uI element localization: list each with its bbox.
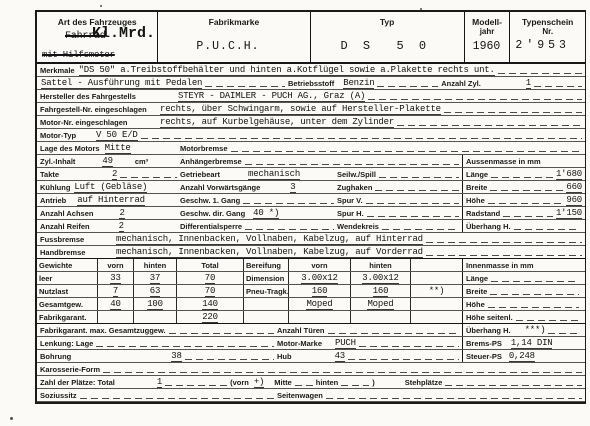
row-gesamtgew: Gesamtgew. 40 100 140 Moped Moped Höhe	[37, 298, 585, 311]
zyl-inhalt-label: Zyl.-Inhalt	[40, 157, 75, 166]
differentialsperre-label: Differentialsperre	[180, 222, 242, 231]
fill-line	[165, 385, 227, 386]
row-antrieb: Antrieb auf Hinterrad Geschw. 1. Gang Sp…	[37, 194, 585, 207]
gesamtgew-total-value: 140	[202, 299, 218, 310]
sattel-value: Sattel - Ausführung mit Pedalen	[41, 78, 202, 89]
radstand-value: 1'150	[556, 208, 582, 219]
fill-line	[341, 385, 369, 386]
fill-line	[426, 242, 582, 243]
anhaengerbremse-label: Anhängerbremse	[180, 157, 242, 166]
gewichte-label: Gewichte	[39, 261, 72, 270]
struck-mit-hilfsmotor: mit Hilfsmotor	[42, 50, 115, 60]
dimension-vorn-value: 3.00x12	[301, 273, 337, 284]
fill-line	[488, 203, 564, 204]
anzahl-reifen-value: 2	[119, 221, 124, 232]
fill-line	[185, 359, 274, 360]
vorn-col-label: vorn	[107, 261, 123, 270]
aussenmasse-header: Aussenmasse in mm	[466, 157, 541, 166]
row-handbremse: Handbremse mechanisch, Innenbacken, Voll…	[37, 246, 585, 259]
row-sattel: Sattel - Ausführung mit Pedalen Betriebs…	[37, 77, 585, 90]
kuehlung-value: Luft (Gebläse)	[74, 182, 147, 193]
fill-line	[490, 190, 563, 191]
row-zyl-inhalt: Zyl.-Inhalt 49 cm³ Anhängerbremse Aussen…	[37, 155, 585, 168]
moped-hinten-value: Moped	[367, 299, 393, 310]
laenge-value: 1'680	[556, 169, 582, 180]
fill-line	[169, 333, 274, 334]
nutzlast-label: Nutzlast	[39, 287, 68, 296]
merkmale-value: "DS 50" a.Treibstoffbehälter und hinten …	[79, 65, 495, 76]
nutzlast-hinten-value: 63	[150, 286, 160, 297]
fill-line	[444, 112, 582, 113]
fill-line	[490, 294, 579, 295]
modelljahr-value: 1960	[473, 40, 501, 53]
row-leer-dimension: leer 33 37 70 Dimension 3.00x12 3.00x12 …	[37, 272, 585, 285]
leer-label: leer	[39, 274, 52, 283]
row-gesamtzuggew: Fabrikgarant. max. Gesamtzuggew. Anzahl …	[37, 324, 585, 337]
betriebsstoff-value: Benzin	[343, 78, 374, 89]
seilw-spill-label: Seilw./Spill	[337, 170, 376, 179]
fill-line	[534, 86, 582, 87]
fill-line	[243, 203, 334, 204]
fill-line	[498, 73, 582, 74]
vorwaertsgaenge-label: Anzahl Vorwärtsgänge	[180, 183, 260, 192]
lenkung-lage-label: Lenkung: Lage	[40, 339, 93, 348]
gesamtgew-hinten-value: 100	[147, 299, 163, 310]
hoehe-label: Höhe	[466, 196, 485, 205]
fussbremse-label: Fussbremse	[40, 235, 84, 244]
vorwaertsgaenge-value: 3	[290, 182, 295, 193]
header-cell-typenschein: Typenschein Nr. 2'953	[510, 12, 585, 62]
fill-line	[488, 307, 579, 308]
row-weights-header: Gewichte vorn hinten Total Bereifung vor…	[37, 259, 585, 272]
row-bohrung: Bohrung 38 Hub 43 Steuer-PS 0,248	[37, 350, 585, 363]
art-value: Kl.Mrd.	[92, 25, 155, 42]
fill-line	[514, 229, 579, 230]
ueberhang-h-label-2: Überhang H.	[466, 326, 511, 335]
fussbremse-value: mechanisch, Innenbacken, Vollnaben, Kabe…	[116, 234, 423, 245]
handbremse-label: Handbremse	[40, 248, 85, 257]
header-cell-typ: Typ D S 5 0	[311, 12, 465, 62]
fill-line	[245, 229, 334, 230]
leer-vorn-value: 33	[110, 273, 120, 284]
handbremse-value: mechanisch, Innenbacken, Vollnaben, Kabe…	[116, 247, 423, 258]
spur-h-label: Spur H.	[337, 209, 364, 218]
scan-speck	[10, 417, 13, 420]
header-cell-modelljahr: Modell- jahr 1960	[465, 12, 511, 62]
bereifung-label: Bereifung	[246, 261, 281, 270]
leer-total-value: 70	[205, 273, 215, 284]
anzahl-zyl-value: 1	[526, 78, 531, 89]
gesamtzuggew-label: Fabrikgarant. max. Gesamtzuggew.	[40, 326, 166, 335]
ueberhang-h-note: ***)	[525, 325, 546, 335]
scan-speck	[100, 5, 102, 7]
hersteller-value: STEYR - DAIMLER - PUCH AG., Graz (A)	[178, 91, 365, 102]
antrieb-value: auf Hinterrad	[77, 195, 145, 206]
steuer-ps-value: 0,248	[509, 351, 535, 362]
modelljahr-label-2: jahr	[465, 27, 510, 36]
fill-line	[80, 398, 274, 399]
innen-hoehe-label: Höhe	[466, 300, 485, 309]
pneu-tragk-label: Pneu-Tragk.	[246, 287, 289, 296]
anzahl-reifen-label: Anzahl Reifen	[40, 222, 90, 231]
zughaken-label: Zughaken	[337, 183, 372, 192]
fill-line	[367, 216, 459, 217]
geschw-dir-gang-label: Geschw. dir. Gang	[180, 209, 245, 218]
fill-line	[326, 398, 582, 399]
motor-typ-value: V 50 E/D	[96, 130, 138, 141]
fill-line	[491, 281, 579, 282]
fill-line	[120, 177, 177, 178]
motor-nr-label: Motor-Nr. eingeschlagen	[40, 118, 128, 127]
laenge-label: Länge	[466, 170, 488, 179]
row-fahrgestell-nr: Fahrgestell-Nr. eingeschlagen rechts, üb…	[37, 103, 585, 116]
fahrgestell-nr-value: rechts, über Schwingarm, sowie auf Herst…	[160, 104, 441, 115]
fill-line	[366, 203, 459, 204]
fabrikmarke-label: Fabrikmarke	[158, 12, 309, 27]
takte-value: 2	[112, 169, 117, 180]
fill-line	[548, 333, 579, 334]
row-reifen: Anzahl Reifen 2 Differentialsperre Wende…	[37, 220, 585, 233]
plaetze-vorn-value: +)	[254, 377, 264, 388]
motor-nr-value: rechts, auf Kurbelgehäuse, unter dem Zyl…	[160, 117, 394, 128]
fabrikmarke-value: P.U.C.H.	[196, 40, 259, 53]
hoehe-seitenl-label: Höhe seitenl.	[466, 313, 513, 322]
cm3-unit-label: cm³	[135, 157, 148, 166]
soziussitz-label: Soziussitz	[40, 391, 77, 400]
typenschein-document: Art des Fahrzeuges Fahrrad Kl.Mrd. mit H…	[0, 0, 590, 426]
anzahl-achsen-label: Anzahl Achsen	[40, 209, 93, 218]
leer-hinten-value: 37	[150, 273, 160, 284]
row-lenkung: Lenkung: Lage Motor-Marke PUCH Brems-PS …	[37, 337, 585, 350]
scan-speck	[420, 8, 422, 10]
form-table: Art des Fahrzeuges Fahrrad Kl.Mrd. mit H…	[35, 10, 586, 404]
wendekreis-label: Wendekreis	[337, 222, 379, 231]
header-cell-fabrikmarke: Fabrikmarke P.U.C.H.	[158, 12, 310, 62]
fill-line	[141, 138, 582, 139]
typ-label: Typ	[311, 12, 464, 27]
getriebeart-label: Getriebeart	[180, 170, 220, 179]
stehplaetze-label: Stehplätze	[405, 378, 443, 387]
nutzlast-vorn-value: 7	[113, 286, 118, 297]
innen-breite-label: Breite	[466, 287, 487, 296]
getriebeart-value: mechanisch	[248, 169, 300, 180]
gesamtgew-vorn-value: 40	[110, 299, 120, 310]
anzahl-achsen-value: 2	[119, 208, 124, 219]
fabrikgarant-total-value: 220	[202, 312, 218, 323]
radstand-label: Radstand	[466, 209, 500, 218]
plaetze-vorn-label: (vorn	[230, 378, 249, 387]
hub-label: Hub	[277, 352, 292, 361]
modelljahr-label-1: Modell-	[465, 12, 510, 27]
hinten-col-label: hinten	[144, 261, 167, 270]
typenschein-value: 2'953	[515, 39, 570, 52]
zyl-inhalt-value: 49	[102, 156, 112, 167]
plaetze-label: Zahl der Plätze: Total	[40, 378, 115, 387]
plaetze-hinten-label: hinten	[316, 378, 339, 387]
fill-line	[328, 333, 459, 334]
fill-line	[503, 216, 553, 217]
row-karosserie: Karosserie-Form	[37, 363, 585, 376]
fill-line	[375, 190, 459, 191]
fill-line	[205, 86, 285, 87]
breite-value: 660	[566, 182, 582, 193]
fill-line	[368, 99, 582, 100]
seitenwagen-label: Seitenwagen	[277, 391, 323, 400]
fill-line	[397, 125, 582, 126]
gesamtgew-label: Gesamtgew.	[39, 300, 83, 309]
plaetze-paren-close: )	[372, 378, 375, 387]
fill-line	[379, 177, 459, 178]
fill-line	[516, 320, 579, 321]
row-achsen: Anzahl Achsen 2 Geschw. dir. Gang 40 *) …	[37, 207, 585, 220]
fill-line	[377, 86, 438, 87]
geschw-dir-gang-value: 40 *)	[253, 208, 279, 219]
hersteller-label: Hersteller des Fahrgestells	[40, 92, 136, 101]
dimension-label: Dimension	[246, 274, 284, 283]
hoehe-value: 960	[566, 195, 582, 206]
lage-motors-label: Lage des Motors	[40, 144, 100, 153]
plaetze-mitte-label: Mitte	[274, 378, 292, 387]
nutzlast-total-value: 70	[205, 286, 215, 297]
betriebsstoff-label: Betriebsstoff	[288, 79, 334, 88]
pneu-note: **)	[429, 286, 445, 296]
takte-label: Takte	[40, 170, 59, 179]
fill-line	[426, 255, 582, 256]
total-col-label: Total	[201, 261, 218, 270]
hub-value: 43	[335, 351, 345, 362]
row-kuehlung: Kühlung Luft (Gebläse) Anzahl Vorwärtsgä…	[37, 181, 585, 194]
fill-line	[359, 346, 459, 347]
row-sozius: Soziussitz Seitenwagen	[37, 389, 585, 402]
row-takte: Takte 2 Getriebeart mechanisch Seilw./Sp…	[37, 168, 585, 181]
fill-line	[491, 177, 553, 178]
row-hersteller: Hersteller des Fahrgestells STEYR - DAIM…	[37, 90, 585, 103]
antrieb-label: Antrieb	[40, 196, 66, 205]
row-nutzlast-pneu: Nutzlast 7 63 70 Pneu-Tragk. 160 160 **)…	[37, 285, 585, 298]
brems-ps-label: Brems-PS	[466, 339, 502, 348]
fill-line	[382, 229, 459, 230]
header-cell-art: Art des Fahrzeuges Fahrrad Kl.Mrd. mit H…	[37, 12, 158, 62]
motor-marke-label: Motor-Marke	[277, 339, 322, 348]
innen-laenge-label: Länge	[466, 274, 488, 283]
merkmale-label: Merkmale	[40, 66, 75, 75]
row-plaetze: Zahl der Plätze: Total 1 (vorn +) Mitte …	[37, 376, 585, 389]
row-motor-nr: Motor-Nr. eingeschlagen rechts, auf Kurb…	[37, 116, 585, 129]
fill-line	[231, 151, 582, 152]
moped-vorn-value: Moped	[306, 299, 332, 310]
kuehlung-label: Kühlung	[40, 183, 70, 192]
fill-line	[295, 385, 313, 386]
typenschein-nr-label: Nr.	[510, 27, 585, 36]
anzahl-zyl-label: Anzahl Zyl.	[441, 79, 481, 88]
typenschein-label: Typenschein	[510, 12, 585, 27]
motor-marke-value: PUCH	[335, 338, 356, 349]
bereifung-hinten-label: hinten	[369, 261, 392, 270]
spur-v-label: Spur V.	[337, 196, 363, 205]
pneu-hinten-value: 160	[373, 286, 389, 297]
plaetze-total-value: 1	[157, 377, 162, 388]
dimension-hinten-value: 3.00x12	[362, 273, 398, 284]
karosserie-form-label: Karosserie-Form	[40, 365, 100, 374]
ueberhang-h-label: Überhang H.	[466, 222, 511, 231]
fahrgestell-nr-label: Fahrgestell-Nr. eingeschlagen	[40, 105, 147, 114]
fill-line	[245, 164, 459, 165]
row-lage-motors: Lage des Motors Mitte Motorbremse	[37, 142, 585, 155]
fabrikgarant-label: Fabrikgarant.	[39, 313, 87, 322]
bohrung-value: 38	[171, 351, 181, 362]
pneu-vorn-value: 160	[312, 286, 328, 297]
bereifung-vorn-label: vorn	[311, 261, 327, 270]
header-row: Art des Fahrzeuges Fahrrad Kl.Mrd. mit H…	[37, 12, 585, 64]
anzahl-tueren-label: Anzahl Türen	[277, 326, 325, 335]
fill-line	[103, 372, 582, 373]
row-motor-typ: Motor-Typ V 50 E/D	[37, 129, 585, 142]
row-merkmale: Merkmale "DS 50" a.Treibstoffbehälter un…	[37, 64, 585, 77]
geschw-1-gang-label: Geschw. 1. Gang	[180, 196, 240, 205]
fill-line	[96, 346, 274, 347]
typ-value: D S 5 0	[341, 39, 431, 53]
bohrung-label: Bohrung	[40, 352, 71, 361]
breite-label: Breite	[466, 183, 487, 192]
motor-typ-label: Motor-Typ	[40, 131, 76, 140]
brems-ps-value: 1,14 DIN	[511, 338, 553, 349]
fill-line	[445, 385, 582, 386]
steuer-ps-label: Steuer-PS	[466, 352, 502, 361]
motorbremse-label: Motorbremse	[180, 144, 228, 153]
lage-motors-value: Mitte	[105, 143, 131, 154]
row-fussbremse: Fussbremse mechanisch, Innenbacken, Voll…	[37, 233, 585, 246]
innenmasse-header: Innenmasse in mm	[466, 261, 534, 270]
row-fabrikgarant: Fabrikgarant. 220 Höhe seitenl.	[37, 311, 585, 324]
fill-line	[348, 359, 459, 360]
